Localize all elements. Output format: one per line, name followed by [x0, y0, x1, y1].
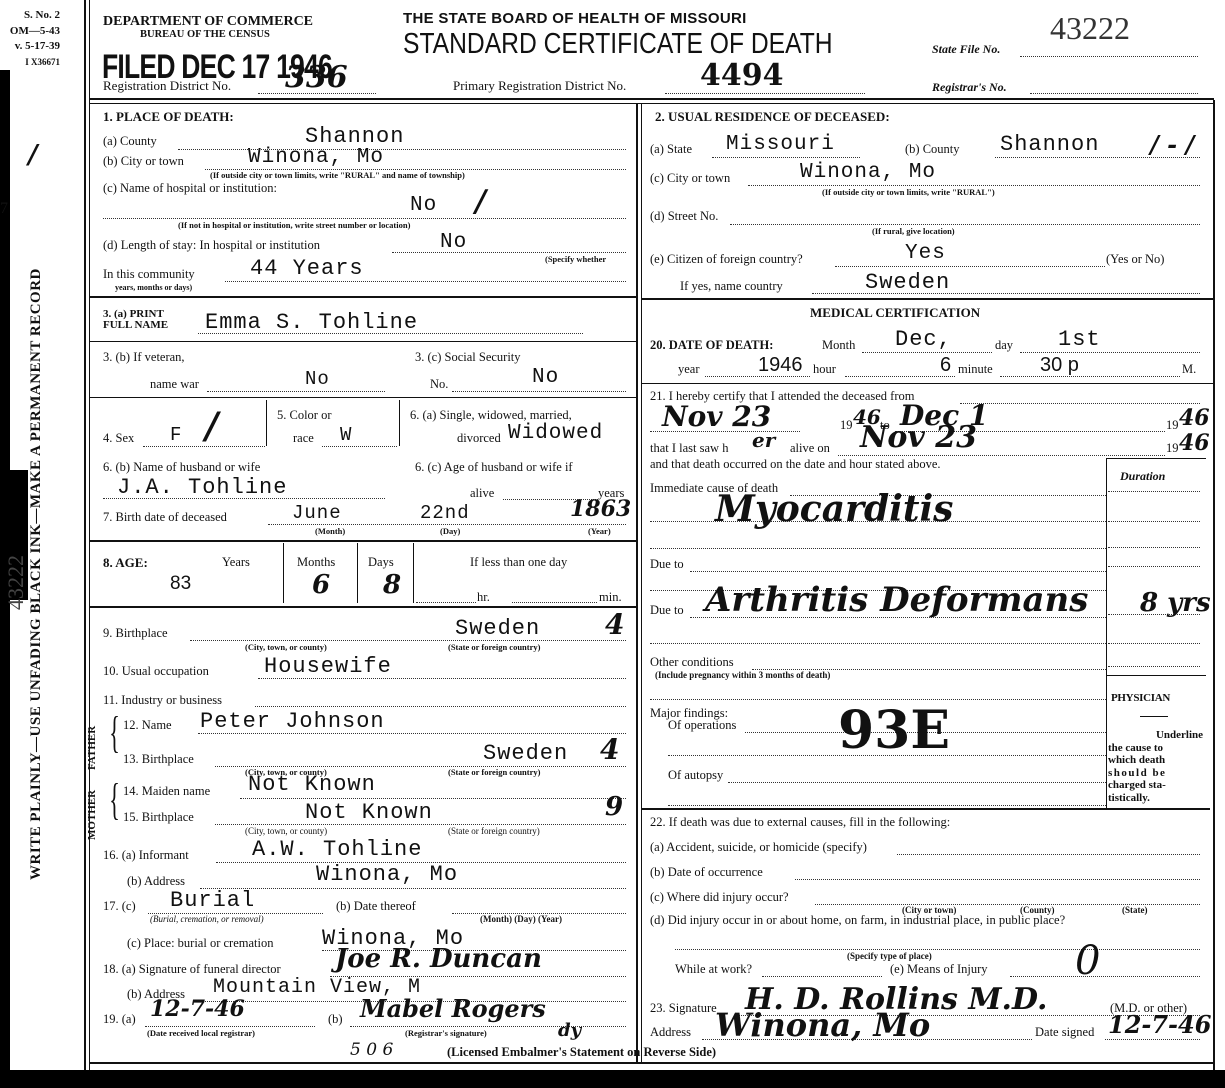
citizen-label: (e) Citizen of foreign country?	[650, 252, 803, 267]
date-of-death-label: 20. DATE OF DEATH:	[650, 338, 773, 353]
mother-birthplace-code: 9	[605, 792, 623, 822]
rule	[1106, 675, 1206, 676]
citizen-value: Yes	[905, 242, 946, 265]
center-divider-thin	[641, 103, 642, 1063]
physician-address-value: Winona, Mo	[715, 1006, 930, 1044]
mother-state-note: (State or foreign country)	[448, 826, 540, 836]
autopsy-label: Of autopsy	[668, 768, 723, 783]
medical-heading: MEDICAL CERTIFICATION	[810, 305, 980, 321]
immediate-cause-value: Myocarditis	[715, 488, 953, 530]
industry-label: 11. Industry or business	[103, 693, 222, 708]
due-to-1-label: Due to	[650, 557, 684, 572]
frame-left-outer	[84, 0, 86, 1070]
last-saw-pronoun: er	[752, 428, 775, 452]
divider	[399, 400, 400, 446]
signature-label: 23. Signature	[650, 1001, 717, 1016]
place-type-note: (Specify type of place)	[847, 951, 932, 961]
rule	[1106, 458, 1206, 459]
section-rule	[642, 298, 1214, 300]
citizen-suffix: (Yes or No)	[1106, 252, 1164, 267]
state-file-label: State File No.	[932, 42, 1000, 57]
other-conditions-note: (Include pregnancy within 3 months of de…	[655, 670, 830, 680]
due-to-2-value: Arthritis Deformans	[705, 580, 1088, 620]
social-security-value: No	[532, 366, 559, 389]
date-signed-label: Date signed	[1035, 1025, 1094, 1040]
disposition-date-label: (b) Date thereof	[336, 899, 416, 914]
form-code-line: I X36671	[0, 55, 60, 71]
spouse-age-label: 6. (c) Age of husband or wife if	[415, 460, 573, 475]
duration-divider	[1106, 458, 1107, 808]
disposition-note: (Burial, cremation, or removal)	[150, 914, 264, 924]
stay-hospital-value: No	[440, 231, 467, 254]
last-year-value: 46	[1179, 430, 1210, 456]
month-note: (Month)	[315, 526, 345, 536]
death-city-value: Winona, Mo	[248, 146, 384, 169]
father-birthplace-value: Sweden	[483, 741, 568, 766]
center-divider	[636, 103, 638, 1063]
registration-district-value: 336	[285, 60, 348, 95]
last-year-prefix: 19	[1166, 441, 1179, 456]
full-name-label: 3. (a) PRINT FULL NAME	[103, 309, 168, 331]
less-than-day-label: If less than one day	[470, 555, 567, 570]
birth-day-value: 22nd	[420, 502, 470, 524]
header-rule-thin	[89, 103, 1214, 104]
rule	[89, 397, 636, 398]
war-value: No	[305, 368, 330, 390]
residence-state-label: (a) State	[650, 142, 692, 157]
department-title: DEPARTMENT OF COMMERCE	[103, 14, 313, 30]
year-note: (Year)	[588, 526, 611, 536]
disposition-label: 17. (c)	[103, 899, 136, 914]
birth-year-value: 1863	[570, 496, 631, 522]
birthplace-code-mark: 4	[605, 608, 624, 641]
specify-note: (Specify whether	[545, 254, 606, 264]
community-note: years, months or days)	[115, 283, 192, 292]
social-security-no-label: No.	[430, 377, 448, 392]
section-rule	[642, 808, 1210, 810]
divider	[413, 543, 414, 603]
registration-district-label: Registration District No.	[103, 78, 231, 94]
father-state-note: (State or foreign country)	[448, 767, 540, 777]
hospital-label: (c) Name of hospital or institution:	[103, 181, 277, 196]
father-name-value: Peter Johnson	[200, 709, 385, 734]
rule	[642, 383, 1214, 384]
birthplace-label: 9. Birthplace	[103, 626, 168, 641]
death-city-note: (If outside city or town limits, write "…	[210, 170, 465, 180]
race-value: W	[340, 424, 352, 446]
spouse-label: 6. (b) Name of husband or wife	[103, 460, 260, 475]
age-months-value: 6	[312, 570, 330, 600]
burial-place-label: (c) Place: burial or cremation	[127, 936, 273, 951]
death-month-value: Dec,	[895, 327, 952, 352]
funeral-director-signature: Joe R. Duncan	[335, 944, 542, 974]
registrar-signature: Mabel Rogers	[360, 994, 546, 1023]
age-months-label: Months	[297, 555, 335, 570]
certificate-title: STANDARD CERTIFICATE OF DEATH	[403, 28, 833, 61]
primary-district-value: 4494	[700, 58, 784, 93]
divider	[357, 543, 358, 603]
mother-city-note: (City, town, or county)	[245, 826, 327, 836]
informant-label: 16. (a) Informant	[103, 848, 189, 863]
divider	[266, 400, 267, 446]
spouse-value: J.A. Tohline	[117, 475, 287, 500]
margin-mark-7: 7	[0, 200, 8, 218]
received-date-value: 12-7-46	[150, 996, 245, 1022]
other-conditions-label: Other conditions	[650, 655, 734, 670]
occurrence-label: (b) Date of occurrence	[650, 865, 763, 880]
residence-city-value: Winona, Mo	[800, 161, 936, 184]
marital-value: Widowed	[508, 422, 603, 445]
header-rule	[89, 98, 1214, 100]
father-birthplace-code: 4	[600, 733, 619, 766]
mother-brace: {	[109, 778, 120, 822]
margin-check-mark: /	[28, 140, 38, 170]
physician-address-label: Address	[650, 1025, 691, 1040]
embalmer-note: (Licensed Embalmer's Statement on Revers…	[447, 1045, 716, 1060]
due-to-2-label: Due to	[650, 603, 684, 618]
last-saw-label: that I last saw h	[650, 441, 728, 456]
rule	[89, 341, 636, 342]
mother-name-label: 14. Maiden name	[123, 784, 210, 799]
death-hour-label: hour	[813, 362, 836, 377]
to-year-prefix: 19	[1166, 418, 1179, 433]
operations-label: Of operations	[668, 718, 736, 733]
external-causes-label: 22. If death was due to external causes,…	[650, 815, 950, 830]
informant-address-label: (b) Address	[127, 874, 185, 889]
residence-state-value: Missouri	[726, 133, 835, 156]
father-name-label: 12. Name	[123, 718, 172, 733]
underline-note: Underline the cause to which death shoul…	[1108, 729, 1203, 804]
divorced-label: divorced	[457, 431, 501, 446]
informant-value: A.W. Tohline	[252, 837, 422, 862]
state-file-value: 43222	[1050, 10, 1130, 47]
vertical-instruction: WRITE PLAINLY—USE UNFADING BLACK INK—MAK…	[28, 268, 45, 880]
alive-on-label: alive on	[790, 441, 830, 456]
community-value: 44 Years	[250, 256, 364, 281]
birthplace-value: Sweden	[455, 616, 540, 641]
from-year-prefix: 19	[840, 418, 853, 433]
work-label: While at work?	[675, 962, 752, 977]
means-mark: 0	[1075, 938, 1100, 984]
residence-county-label: (b) County	[905, 142, 960, 157]
registrar-signature-note: (Registrar's signature)	[405, 1028, 487, 1038]
death-minute-label: minute	[958, 362, 993, 377]
death-day-label: day	[995, 338, 1013, 353]
frame-right	[1213, 100, 1215, 1070]
home-label: (d) Did injury occur in or about home, o…	[650, 913, 1065, 928]
stated-above-label: and that death occurred on the date and …	[650, 457, 941, 472]
marital-label: 6. (a) Single, widowed, married,	[410, 408, 572, 423]
where-state-note: (State)	[1122, 905, 1148, 915]
board-title: THE STATE BOARD OF HEALTH OF MISSOURI	[403, 10, 747, 27]
date-signed-value: 12-7-46	[1108, 1010, 1211, 1039]
occupation-value: Housewife	[264, 654, 392, 679]
mother-side-label: MOTHER	[86, 790, 98, 840]
vertical-file-number: 43222	[3, 555, 29, 610]
to-year-value: 46	[1179, 405, 1210, 431]
last-saw-value: Nov 23	[860, 420, 977, 455]
birthplace-city-note: (City, town, or county)	[245, 642, 327, 652]
disposition-date-note: (Month) (Day) (Year)	[480, 914, 562, 924]
section-rule	[89, 540, 636, 542]
section-rule	[89, 606, 636, 608]
age-years-label: Years	[222, 555, 250, 570]
rule	[1140, 716, 1168, 717]
hr-label: hr.	[477, 590, 490, 605]
age-days-value: 8	[383, 570, 401, 600]
sex-value: F	[170, 424, 182, 446]
age-years-value: 83	[170, 573, 191, 595]
death-city-label: (b) City or town	[103, 154, 184, 169]
hospital-check-mark: /	[475, 184, 486, 219]
father-birthplace-label: 13. Birthplace	[123, 752, 194, 767]
footer-rule	[89, 1062, 1214, 1064]
bureau-title: BUREAU OF THE CENSUS	[140, 29, 270, 40]
funeral-director-label: 18. (a) Signature of funeral director	[103, 962, 281, 977]
country-value: Sweden	[865, 270, 950, 295]
death-year-value: 1946	[758, 354, 803, 377]
veteran-label: 3. (b) If veteran,	[103, 350, 185, 365]
birthplace-state-note: (State or foreign country)	[448, 642, 540, 652]
age-label: 8. AGE:	[103, 555, 148, 571]
coder-mark: 93E	[838, 700, 950, 761]
death-minute-value: 30 p	[1040, 354, 1079, 377]
mother-birthplace-value: Not Known	[305, 800, 433, 825]
occupation-label: 10. Usual occupation	[103, 664, 209, 679]
where-label: (c) Where did injury occur?	[650, 890, 789, 905]
duration-label: Duration	[1120, 469, 1165, 484]
frame-left-inner	[89, 0, 90, 1070]
residence-city-label: (c) City or town	[650, 171, 730, 186]
community-label: In this community	[103, 267, 195, 282]
birth-date-label: 7. Birth date of deceased	[103, 510, 227, 525]
mother-name-value: Not Known	[248, 772, 376, 797]
form-code-line: S. No. 2	[0, 8, 60, 24]
stay-label: (d) Length of stay: In hospital or insti…	[103, 238, 320, 253]
accident-label: (a) Accident, suicide, or homicide (spec…	[650, 840, 867, 855]
race-label: race	[293, 431, 314, 446]
received-note: (Date received local registrar)	[147, 1028, 255, 1038]
registrar-initials: dy	[558, 1020, 581, 1041]
scan-bottom-bar	[0, 1070, 1225, 1088]
due-to-2-duration: 8 yrs	[1140, 588, 1211, 618]
form-code-line: OM—5-43	[0, 24, 60, 40]
min-label: min.	[599, 590, 622, 605]
death-day-value: 1st	[1058, 327, 1101, 352]
death-month-label: Month	[822, 338, 855, 353]
informant-address-value: Winona, Mo	[316, 862, 458, 887]
meridiem-label: M.	[1182, 362, 1196, 377]
social-security-label: 3. (c) Social Security	[415, 350, 521, 365]
residence-city-note: (If outside city or town limits, write "…	[822, 187, 995, 197]
mother-birthplace-label: 15. Birthplace	[123, 810, 194, 825]
father-brace: {	[109, 711, 120, 755]
residence-street-note: (If rural, give location)	[872, 226, 955, 236]
residence-county-mark: / - /	[1150, 130, 1194, 159]
residence-heading: 2. USUAL RESIDENCE OF DECEASED:	[655, 109, 890, 125]
physician-label: PHYSICIAN	[1111, 692, 1170, 704]
death-year-label: year	[678, 362, 700, 377]
section-rule	[89, 296, 636, 298]
disposition-value: Burial	[170, 888, 255, 913]
place-of-death-heading: 1. PLACE OF DEATH:	[103, 109, 234, 125]
alive-label: alive	[470, 486, 494, 501]
hospital-note: (If not in hospital or institution, writ…	[178, 220, 410, 230]
divider	[283, 543, 284, 603]
full-name-value: Emma S. Tohline	[205, 310, 418, 335]
hospital-value: No	[410, 194, 437, 217]
form-code-block: S. No. 2 OM—5-43 v. 5-17-39 I X36671	[0, 8, 60, 70]
birth-month-value: June	[292, 502, 342, 524]
means-label: (e) Means of Injury	[890, 962, 988, 977]
residence-county-value: Shannon	[1000, 132, 1099, 157]
received-label: 19. (a)	[103, 1012, 136, 1027]
footer-code: 5 0 6	[350, 1040, 393, 1060]
father-side-label: FATHER	[86, 726, 98, 770]
registrar-b-label: (b)	[328, 1012, 343, 1027]
country-label: If yes, name country	[680, 279, 783, 294]
sex-check-mark: /	[205, 405, 218, 447]
death-county-label: (a) County	[103, 134, 157, 149]
registrar-number-label: Registrar's No.	[932, 80, 1007, 95]
war-label: name war	[150, 377, 199, 392]
age-days-label: Days	[368, 555, 394, 570]
death-hour-value: 6	[940, 354, 951, 377]
residence-street-label: (d) Street No.	[650, 209, 718, 224]
day-note: (Day)	[440, 526, 460, 536]
form-code-line: v. 5-17-39	[0, 39, 60, 55]
sex-label: 4. Sex	[103, 431, 134, 446]
primary-district-label: Primary Registration District No.	[453, 78, 626, 94]
color-label: 5. Color or	[277, 408, 332, 423]
